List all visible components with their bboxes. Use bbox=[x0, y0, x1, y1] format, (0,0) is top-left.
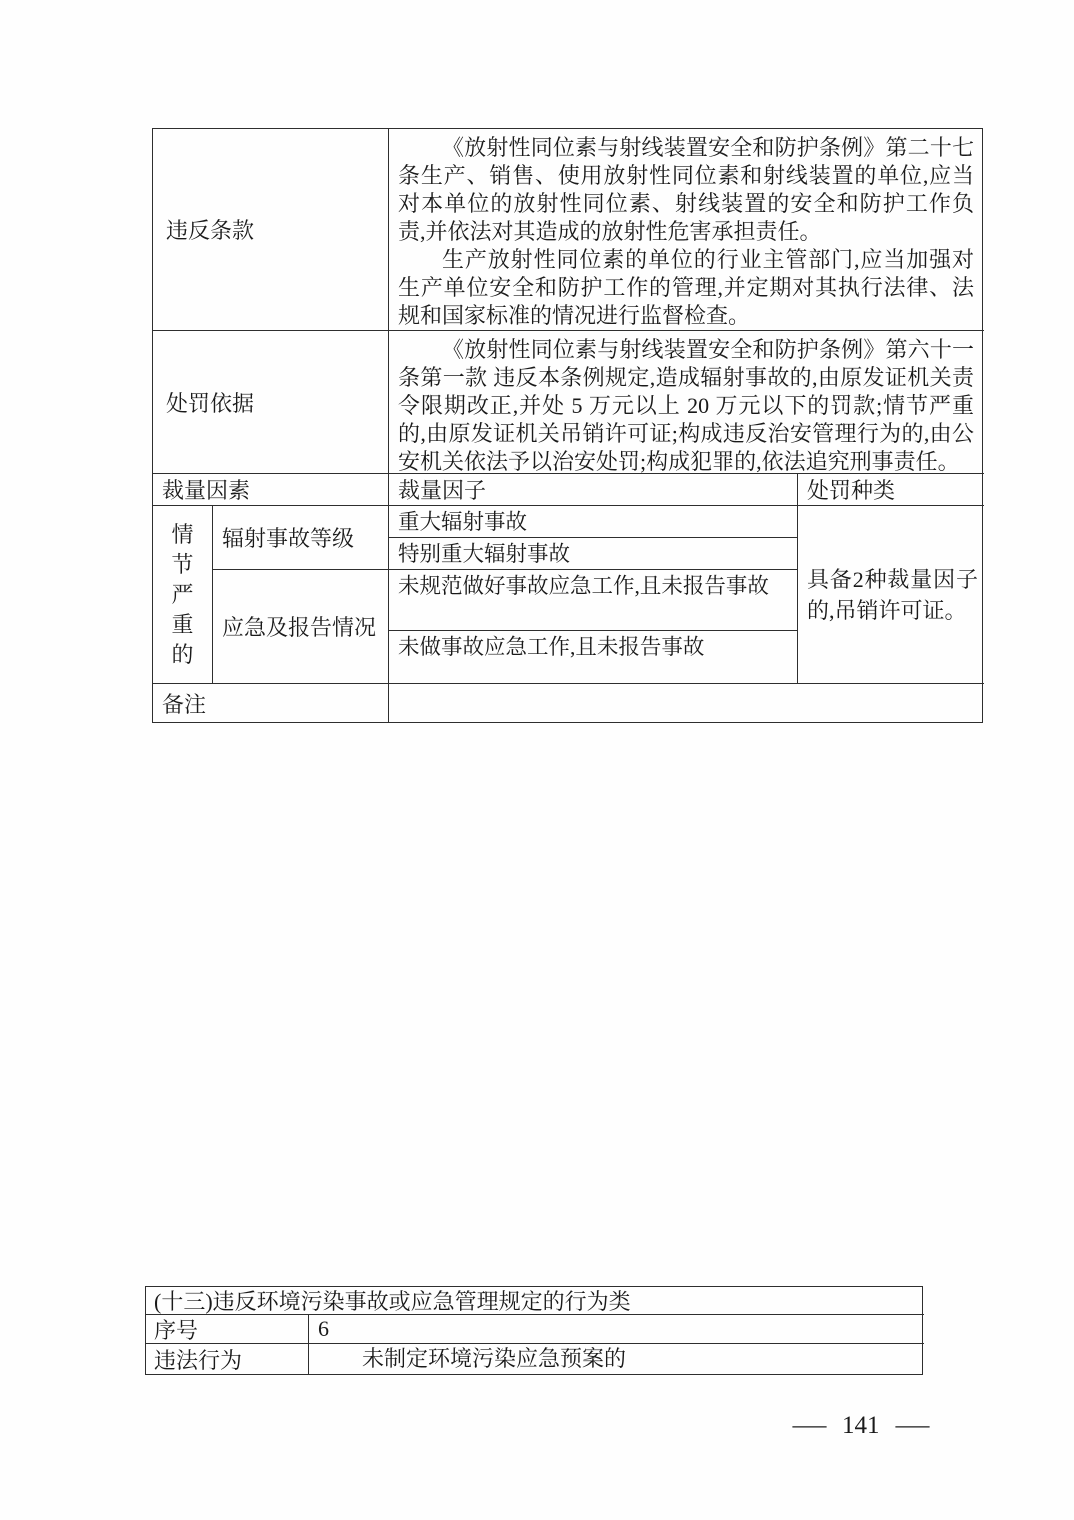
document-page: 违反条款 《放射性同位素与射线装置安全和防护条例》第二十七条生产、销售、使用放射… bbox=[0, 0, 1074, 1520]
page-footer: — 141 — bbox=[797, 1412, 925, 1440]
factor-major-radiation-accident: 重大辐射事故 bbox=[389, 506, 798, 538]
penalty-discretion-table: 违反条款 《放射性同位素与射线装置安全和防护条例》第二十七条生产、销售、使用放射… bbox=[152, 128, 983, 723]
serious-circumstance-label: 情节严重的 bbox=[153, 506, 213, 684]
header-factor-group: 裁量因素 bbox=[153, 474, 389, 506]
penalty-basis-content: 《放射性同位素与射线装置安全和防护条例》第六十一条第一款 违反本条例规定,造成辐… bbox=[389, 331, 984, 474]
category-13-table: (十三)违反环境污染事故或应急管理规定的行为类 序号 6 违法行为 未制定环境污… bbox=[145, 1286, 923, 1375]
illegal-act-value: 未制定环境污染应急预案的 bbox=[309, 1344, 924, 1373]
serious-circumstance-vertical-text: 情节严重的 bbox=[170, 520, 194, 670]
header-penalty-type: 处罚种类 bbox=[798, 474, 984, 506]
violated-clause-content: 《放射性同位素与射线装置安全和防护条例》第二十七条生产、销售、使用放射性同位素和… bbox=[389, 129, 984, 331]
category-emergency-report: 应急及报告情况 bbox=[213, 570, 389, 684]
category-13-title: (十三)违反环境污染事故或应急管理规定的行为类 bbox=[146, 1287, 924, 1315]
serial-number-value: 6 bbox=[309, 1315, 924, 1344]
header-factor: 裁量因子 bbox=[389, 474, 798, 506]
remark-value bbox=[389, 684, 984, 722]
serial-number-label: 序号 bbox=[146, 1315, 309, 1344]
violated-clause-paragraph-1: 《放射性同位素与射线装置安全和防护条例》第二十七条生产、销售、使用放射性同位素和… bbox=[398, 134, 974, 246]
remark-label: 备注 bbox=[153, 684, 389, 722]
illegal-act-value-cell: 未制定环境污染应急预案的 bbox=[309, 1344, 924, 1374]
page-number: 141 bbox=[842, 1412, 880, 1440]
penalty-basis-paragraph: 《放射性同位素与射线装置安全和防护条例》第六十一条第一款 违反本条例规定,造成辐… bbox=[398, 336, 974, 474]
violated-clause-paragraph-2: 生产放射性同位素的单位的行业主管部门,应当加强对生产单位安全和防护工作的管理,并… bbox=[398, 246, 974, 330]
factor-improper-emergency-work: 未规范做好事故应急工作,且未报告事故 bbox=[389, 570, 798, 631]
factor-extra-major-radiation-accident: 特别重大辐射事故 bbox=[389, 538, 798, 570]
penalty-basis-label: 处罚依据 bbox=[153, 331, 389, 474]
footer-right-dash: — bbox=[895, 1412, 929, 1440]
footer-left-dash: — bbox=[793, 1412, 827, 1440]
violated-clause-label: 违反条款 bbox=[153, 129, 389, 331]
illegal-act-label: 违法行为 bbox=[146, 1344, 309, 1374]
penalty-type-value: 具备2种裁量因子的,吊销许可证。 bbox=[798, 506, 984, 684]
category-radiation-accident-level: 辐射事故等级 bbox=[213, 506, 389, 570]
factor-no-emergency-work: 未做事故应急工作,且未报告事故 bbox=[389, 631, 798, 684]
